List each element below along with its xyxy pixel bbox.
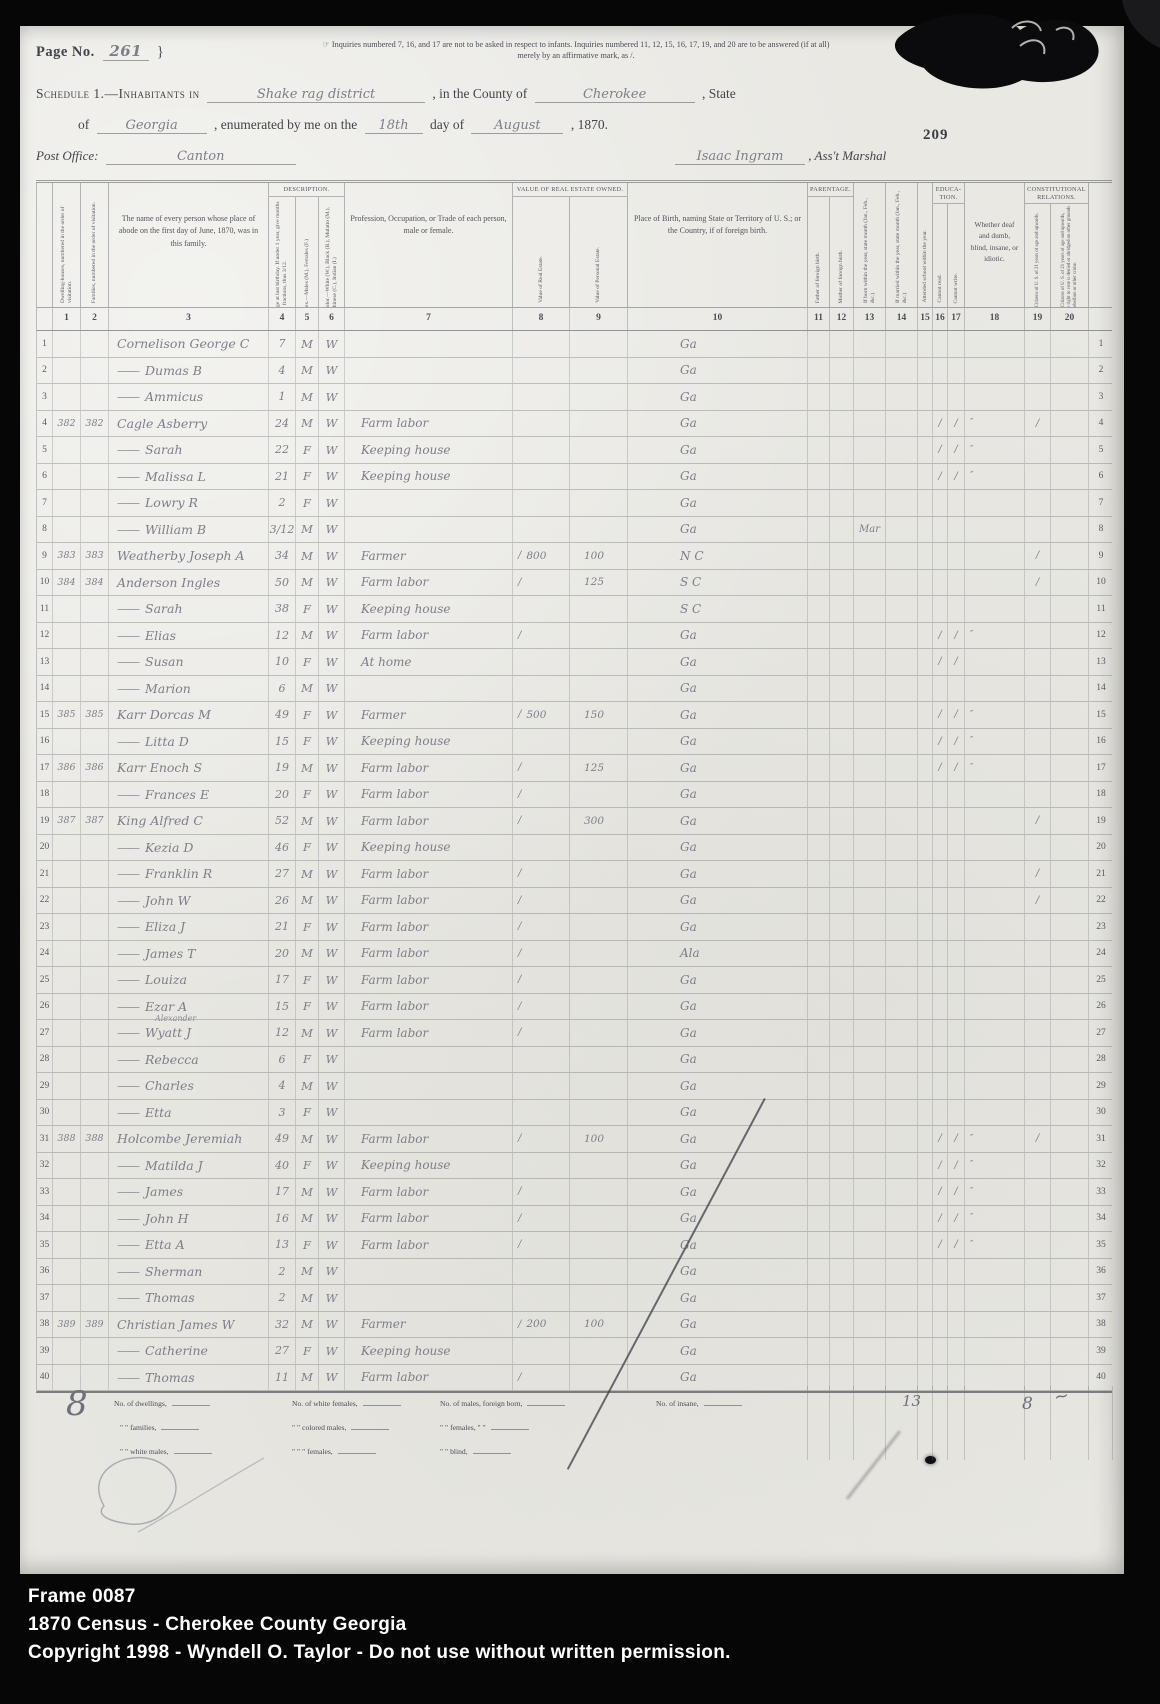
month-born-value bbox=[854, 1047, 886, 1073]
attended-school-cell bbox=[918, 1100, 933, 1126]
column-number-row: 1234567891011121314151617181920 bbox=[36, 308, 1112, 331]
summary-insane: No. of insane, bbox=[656, 1398, 742, 1408]
month-born-value bbox=[854, 1206, 886, 1232]
occupation-value: Keeping house bbox=[345, 464, 513, 490]
color-value: W bbox=[319, 649, 345, 675]
table-row: 28 ——Rebecca 6 F W Ga 28 bbox=[37, 1047, 1112, 1074]
personal-estate-value bbox=[570, 861, 628, 887]
father-foreign-cell bbox=[808, 967, 830, 993]
color-value: W bbox=[319, 411, 345, 437]
real-estate-value bbox=[513, 1047, 570, 1073]
page-no-label: Page No. bbox=[36, 44, 95, 60]
age-value: 27 bbox=[269, 1338, 296, 1364]
sex-value: F bbox=[296, 967, 319, 993]
age-value: 6 bbox=[269, 1047, 296, 1073]
table-row: 16 ——Litta D 15 F W Keeping house Ga / /… bbox=[37, 729, 1112, 756]
male-citizen-mark: / bbox=[1025, 888, 1051, 914]
birthplace-value: Ga bbox=[628, 1312, 808, 1338]
father-foreign-cell bbox=[808, 914, 830, 940]
row-number-left: 21 bbox=[37, 861, 53, 887]
month-married-cell bbox=[886, 994, 918, 1020]
disabilities-cell bbox=[965, 1312, 1025, 1338]
person-name: ——Dumas B bbox=[109, 358, 269, 384]
cannot-write-mark bbox=[948, 888, 965, 914]
cannot-read-mark bbox=[933, 1073, 948, 1099]
cannot-read-mark bbox=[933, 331, 948, 357]
male-citizen-mark bbox=[1025, 1179, 1051, 1205]
row-number-left: 22 bbox=[37, 888, 53, 914]
age-value: 15 bbox=[269, 729, 296, 755]
district-handwritten: Shake rag district bbox=[207, 87, 425, 103]
column-number: 20 bbox=[1051, 308, 1089, 330]
birthplace-value: S C bbox=[628, 596, 808, 622]
month-married-cell bbox=[886, 543, 918, 569]
age-value: 40 bbox=[269, 1153, 296, 1179]
family-number bbox=[81, 1285, 109, 1311]
county-of-label: , in the County of bbox=[432, 86, 527, 101]
sex-value: M bbox=[296, 1312, 319, 1338]
disabilities-cell bbox=[965, 1073, 1025, 1099]
father-foreign-cell bbox=[808, 570, 830, 596]
col-header-dwellings: Dwelling-houses, numbered in the order o… bbox=[53, 183, 81, 307]
male-citizen-mark bbox=[1025, 596, 1051, 622]
male-citizen-mark bbox=[1025, 967, 1051, 993]
summary-handwritten-flourish: ~ bbox=[1052, 1385, 1071, 1409]
person-name: ——Charles bbox=[109, 1073, 269, 1099]
vote-denied-cell bbox=[1051, 490, 1089, 516]
caption-frame: Frame 0087 bbox=[28, 1586, 136, 1608]
state-label: , State bbox=[702, 86, 736, 101]
male-citizen-mark: / bbox=[1025, 411, 1051, 437]
personal-estate-value bbox=[570, 729, 628, 755]
row-number-right: 38 bbox=[1089, 1312, 1113, 1338]
cannot-read-mark bbox=[933, 1259, 948, 1285]
attended-school-cell bbox=[918, 1179, 933, 1205]
real-estate-value bbox=[513, 596, 570, 622]
age-value: 20 bbox=[269, 941, 296, 967]
cannot-write-mark bbox=[948, 941, 965, 967]
male-citizen-mark bbox=[1025, 1338, 1051, 1364]
summary-handwritten-8-left: 8 bbox=[66, 1384, 88, 1424]
pen-flourish-scribble bbox=[68, 1440, 278, 1570]
row-number-left: 14 bbox=[37, 676, 53, 702]
summary-colored-males: ″ ″ colored males, bbox=[292, 1422, 389, 1432]
cannot-write-mark bbox=[948, 676, 965, 702]
summary-column-rule bbox=[964, 1386, 965, 1460]
occupation-value bbox=[345, 384, 513, 410]
page-stamp-number: 209 bbox=[923, 127, 949, 144]
age-value: 12 bbox=[269, 1020, 296, 1046]
summary-column-rule bbox=[853, 1386, 854, 1460]
vote-denied-cell bbox=[1051, 1206, 1089, 1232]
father-foreign-cell bbox=[808, 384, 830, 410]
vote-denied-cell bbox=[1051, 1232, 1089, 1258]
sex-value: F bbox=[296, 994, 319, 1020]
occupation-value: Keeping house bbox=[345, 835, 513, 861]
family-number bbox=[81, 1206, 109, 1232]
state-handwritten: Georgia bbox=[97, 118, 207, 134]
person-name: ——Catherine bbox=[109, 1338, 269, 1364]
row-number-left: 9 bbox=[37, 543, 53, 569]
year-label: , 1870. bbox=[571, 117, 608, 132]
month-married-cell bbox=[886, 861, 918, 887]
birthplace-value: Ga bbox=[628, 835, 808, 861]
real-estate-value bbox=[513, 490, 570, 516]
col-header-male-citizens: Male Citizens of U. S. of 21 years of ag… bbox=[1025, 204, 1051, 307]
row-number-right: 29 bbox=[1089, 1073, 1113, 1099]
attended-school-cell bbox=[918, 596, 933, 622]
dwelling-number bbox=[53, 1179, 81, 1205]
vote-denied-cell bbox=[1051, 543, 1089, 569]
attended-school-cell bbox=[918, 411, 933, 437]
cannot-write-mark bbox=[948, 1338, 965, 1364]
dwelling-number: 387 bbox=[53, 808, 81, 834]
age-value: 19 bbox=[269, 755, 296, 781]
father-foreign-cell bbox=[808, 437, 830, 463]
person-name: Christian James W bbox=[109, 1312, 269, 1338]
inquiries-note: ☞ Inquiries numbered 7, 16, and 17 are n… bbox=[220, 39, 932, 62]
cannot-read-mark bbox=[933, 1047, 948, 1073]
dwelling-number bbox=[53, 676, 81, 702]
person-name: ——Kezia D bbox=[109, 835, 269, 861]
attended-school-cell bbox=[918, 490, 933, 516]
cannot-read-mark: / bbox=[933, 1126, 948, 1152]
cannot-read-mark: / bbox=[933, 729, 948, 755]
month-born-value bbox=[854, 1126, 886, 1152]
person-name: King Alfred C bbox=[109, 808, 269, 834]
month-married-cell bbox=[886, 1153, 918, 1179]
cannot-read-mark: / bbox=[933, 702, 948, 728]
father-foreign-cell bbox=[808, 755, 830, 781]
age-value: 10 bbox=[269, 649, 296, 675]
male-citizen-mark: / bbox=[1025, 808, 1051, 834]
male-citizen-mark bbox=[1025, 994, 1051, 1020]
vote-denied-cell bbox=[1051, 835, 1089, 861]
table-row: 34 ——John H 16 M W Farm labor / Ga / / ″… bbox=[37, 1206, 1112, 1233]
birthplace-value: Ga bbox=[628, 1100, 808, 1126]
vote-denied-cell bbox=[1051, 967, 1089, 993]
row-number-right: 4 bbox=[1089, 411, 1113, 437]
row-number-right: 35 bbox=[1089, 1232, 1113, 1258]
occupation-value: Farm labor bbox=[345, 623, 513, 649]
male-citizen-mark bbox=[1025, 676, 1051, 702]
personal-estate-value: 100 bbox=[570, 1126, 628, 1152]
vote-denied-cell bbox=[1051, 358, 1089, 384]
sex-value: M bbox=[296, 1020, 319, 1046]
person-name: ——Franklin R bbox=[109, 861, 269, 887]
row-number-right: 6 bbox=[1089, 464, 1113, 490]
summary-white-females: No. of white females, bbox=[292, 1398, 401, 1408]
row-number-left: 35 bbox=[37, 1232, 53, 1258]
occupation-value: Farm labor bbox=[345, 888, 513, 914]
month-born-value bbox=[854, 702, 886, 728]
row-number-right: 28 bbox=[1089, 1047, 1113, 1073]
col-header-real-estate-value: Value of Real Estate. bbox=[513, 197, 570, 307]
birthplace-value: N C bbox=[628, 543, 808, 569]
row-number-left: 7 bbox=[37, 490, 53, 516]
cannot-write-mark: / bbox=[948, 1206, 965, 1232]
person-name: ——Matilda J bbox=[109, 1153, 269, 1179]
table-row: 38 389 389 Christian James W 32 M W Farm… bbox=[37, 1312, 1112, 1339]
caption-copyright: Copyright 1998 - Wyndell O. Taylor - Do … bbox=[28, 1642, 731, 1664]
age-value: 4 bbox=[269, 1073, 296, 1099]
personal-estate-value bbox=[570, 835, 628, 861]
mother-foreign-cell bbox=[830, 994, 854, 1020]
male-citizen-mark bbox=[1025, 729, 1051, 755]
table-header-row: Dwelling-houses, numbered in the order o… bbox=[36, 183, 1112, 308]
inquiries-note-line2: merely by an affirmative mark, as /. bbox=[220, 50, 932, 61]
month-born-value bbox=[854, 331, 886, 357]
real-estate-value: / bbox=[513, 914, 570, 940]
column-number bbox=[1089, 308, 1113, 330]
age-value: 34 bbox=[269, 543, 296, 569]
sex-value: M bbox=[296, 676, 319, 702]
occupation-value: Farmer bbox=[345, 1312, 513, 1338]
table-row: 17 386 386 Karr Enoch S 19 M W Farm labo… bbox=[37, 755, 1112, 782]
color-value: W bbox=[319, 888, 345, 914]
real-estate-value bbox=[513, 1153, 570, 1179]
birthplace-value: Ga bbox=[628, 1020, 808, 1046]
row-number-right: 32 bbox=[1089, 1153, 1113, 1179]
vote-denied-cell bbox=[1051, 1047, 1089, 1073]
color-value: W bbox=[319, 994, 345, 1020]
table-row: 21 ——Franklin R 27 M W Farm labor / Ga /… bbox=[37, 861, 1112, 888]
cannot-write-mark bbox=[948, 1047, 965, 1073]
row-number-left: 38 bbox=[37, 1312, 53, 1338]
color-value: W bbox=[319, 1047, 345, 1073]
month-born-value bbox=[854, 729, 886, 755]
table-row: 1 Cornelison George C 7 M W Ga 1 bbox=[37, 331, 1112, 358]
occupation-value: Farmer bbox=[345, 543, 513, 569]
col-header-month-married: If married within the year, state month … bbox=[886, 183, 918, 307]
column-number: 4 bbox=[269, 308, 296, 330]
cannot-write-mark: / bbox=[948, 411, 965, 437]
col-header-age: Age at last birthday. If under 1 year, g… bbox=[269, 197, 296, 307]
vote-denied-cell bbox=[1051, 808, 1089, 834]
person-name: ——James T bbox=[109, 941, 269, 967]
birthplace-value: Ga bbox=[628, 623, 808, 649]
attended-school-cell bbox=[918, 464, 933, 490]
attended-school-cell bbox=[918, 755, 933, 781]
mother-foreign-cell bbox=[830, 1206, 854, 1232]
summary-column-rule bbox=[1024, 1386, 1025, 1460]
sex-value: M bbox=[296, 1179, 319, 1205]
occupation-value: Farm labor bbox=[345, 755, 513, 781]
row-number-right: 37 bbox=[1089, 1285, 1113, 1311]
row-number-right: 17 bbox=[1089, 755, 1113, 781]
sex-value: F bbox=[296, 1232, 319, 1258]
occupation-value: Farm labor bbox=[345, 1206, 513, 1232]
cannot-read-mark: / bbox=[933, 1206, 948, 1232]
summary-column-rule bbox=[807, 1386, 808, 1460]
age-value: 17 bbox=[269, 1179, 296, 1205]
male-citizen-mark bbox=[1025, 782, 1051, 808]
column-number: 5 bbox=[296, 308, 319, 330]
mother-foreign-cell bbox=[830, 1285, 854, 1311]
row-number-right: 39 bbox=[1089, 1338, 1113, 1364]
person-name: Anderson Ingles bbox=[109, 570, 269, 596]
personal-estate-value bbox=[570, 411, 628, 437]
color-value: W bbox=[319, 729, 345, 755]
cannot-write-mark bbox=[948, 358, 965, 384]
disabilities-cell bbox=[965, 941, 1025, 967]
summary-males-foreign: No. of males, foreign born, bbox=[440, 1398, 565, 1408]
dwelling-number: 386 bbox=[53, 755, 81, 781]
attended-school-cell bbox=[918, 808, 933, 834]
disabilities-cell: ″ bbox=[965, 755, 1025, 781]
month-married-cell bbox=[886, 517, 918, 543]
month-born-value bbox=[854, 623, 886, 649]
age-value: 2 bbox=[269, 1285, 296, 1311]
real-estate-value: /500 bbox=[513, 702, 570, 728]
month-married-cell bbox=[886, 1259, 918, 1285]
mother-foreign-cell bbox=[830, 384, 854, 410]
month-married-cell bbox=[886, 1232, 918, 1258]
attended-school-cell bbox=[918, 623, 933, 649]
month-born-value bbox=[854, 358, 886, 384]
attended-school-cell bbox=[918, 331, 933, 357]
table-row: 4 382 382 Cagle Asberry 24 M W Farm labo… bbox=[37, 411, 1112, 438]
post-office-label: Post Office: bbox=[36, 148, 98, 163]
disabilities-cell: ″ bbox=[965, 437, 1025, 463]
summary-dwellings: No. of dwellings, bbox=[114, 1398, 210, 1408]
person-name: Karr Enoch S bbox=[109, 755, 269, 781]
birthplace-value: Ga bbox=[628, 861, 808, 887]
column-number: 8 bbox=[513, 308, 570, 330]
row-number-left: 39 bbox=[37, 1338, 53, 1364]
dwelling-number bbox=[53, 729, 81, 755]
mother-foreign-cell bbox=[830, 861, 854, 887]
dwelling-number bbox=[53, 1206, 81, 1232]
color-value: W bbox=[319, 782, 345, 808]
row-number-right: 33 bbox=[1089, 1179, 1113, 1205]
month-married-cell bbox=[886, 676, 918, 702]
real-estate-value: / bbox=[513, 570, 570, 596]
sex-value: F bbox=[296, 729, 319, 755]
row-number-left: 24 bbox=[37, 941, 53, 967]
cannot-write-mark: / bbox=[948, 729, 965, 755]
father-foreign-cell bbox=[808, 1100, 830, 1126]
cannot-write-mark bbox=[948, 570, 965, 596]
disabilities-cell bbox=[965, 1047, 1025, 1073]
father-foreign-cell bbox=[808, 1020, 830, 1046]
table-row: 19 387 387 King Alfred C 52 M W Farm lab… bbox=[37, 808, 1112, 835]
personal-estate-value: 150 bbox=[570, 702, 628, 728]
col-header-birthplace: Place of Birth, naming State or Territor… bbox=[628, 183, 808, 307]
month-born-value bbox=[854, 1073, 886, 1099]
male-citizen-mark bbox=[1025, 1100, 1051, 1126]
father-foreign-cell bbox=[808, 1073, 830, 1099]
color-value: W bbox=[319, 358, 345, 384]
cannot-write-mark: / bbox=[948, 1179, 965, 1205]
family-number bbox=[81, 358, 109, 384]
month-married-cell bbox=[886, 1100, 918, 1126]
day-of-label: day of bbox=[430, 117, 464, 132]
real-estate-value: / bbox=[513, 994, 570, 1020]
row-number-left: 29 bbox=[37, 1073, 53, 1099]
real-estate-value: / bbox=[513, 1206, 570, 1232]
family-number bbox=[81, 1100, 109, 1126]
row-number-left: 5 bbox=[37, 437, 53, 463]
row-number-right: 14 bbox=[1089, 676, 1113, 702]
dwelling-number bbox=[53, 331, 81, 357]
mother-foreign-cell bbox=[830, 649, 854, 675]
person-name: Alexander——Wyatt J bbox=[109, 1020, 269, 1046]
month-married-cell bbox=[886, 331, 918, 357]
dwelling-number: 388 bbox=[53, 1126, 81, 1152]
age-value: 3 bbox=[269, 1100, 296, 1126]
month-born-value bbox=[854, 808, 886, 834]
group-header-description: Description. Age at last birthday. If un… bbox=[269, 183, 345, 307]
father-foreign-cell bbox=[808, 543, 830, 569]
birthplace-value: Ga bbox=[628, 1206, 808, 1232]
occupation-value: Farmer bbox=[345, 702, 513, 728]
dwelling-number bbox=[53, 1100, 81, 1126]
person-name: ——Etta bbox=[109, 1100, 269, 1126]
male-citizen-mark bbox=[1025, 1285, 1051, 1311]
column-number: 19 bbox=[1025, 308, 1051, 330]
mother-foreign-cell bbox=[830, 676, 854, 702]
sex-value: M bbox=[296, 411, 319, 437]
personal-estate-value: 100 bbox=[570, 1312, 628, 1338]
group-header-constitutional: Constitutional Relations. Male Citizens … bbox=[1025, 183, 1089, 307]
occupation-value: Farm labor bbox=[345, 967, 513, 993]
birthplace-value: Ga bbox=[628, 729, 808, 755]
attended-school-cell bbox=[918, 914, 933, 940]
disabilities-cell bbox=[965, 994, 1025, 1020]
family-number bbox=[81, 1259, 109, 1285]
color-value: W bbox=[319, 755, 345, 781]
table-body: 1 Cornelison George C 7 M W Ga 1 2 bbox=[36, 331, 1112, 1393]
person-name: ——Sherman bbox=[109, 1259, 269, 1285]
month-married-cell bbox=[886, 623, 918, 649]
bracket-glyph: } bbox=[157, 44, 165, 60]
vote-denied-cell bbox=[1051, 517, 1089, 543]
table-row: 11 ——Sarah 38 F W Keeping house S C 11 bbox=[37, 596, 1112, 623]
marshal-name-handwritten: Isaac Ingram bbox=[675, 149, 805, 165]
month-married-cell bbox=[886, 702, 918, 728]
col-header-color: Color.—White (W.), Black (B.), Mulatto (… bbox=[319, 197, 344, 307]
table-row: 23 ——Eliza J 21 F W Farm labor / Ga 23 bbox=[37, 914, 1112, 941]
real-estate-value bbox=[513, 1285, 570, 1311]
color-value: W bbox=[319, 702, 345, 728]
row-number-right: 5 bbox=[1089, 437, 1113, 463]
month-married-cell bbox=[886, 1047, 918, 1073]
male-citizen-mark bbox=[1025, 384, 1051, 410]
row-number-left: 28 bbox=[37, 1047, 53, 1073]
father-foreign-cell bbox=[808, 941, 830, 967]
table-row: 20 ——Kezia D 46 F W Keeping house Ga 20 bbox=[37, 835, 1112, 862]
cannot-read-mark bbox=[933, 1312, 948, 1338]
age-value: 2 bbox=[269, 1259, 296, 1285]
birthplace-value: Ga bbox=[628, 1153, 808, 1179]
month-married-cell bbox=[886, 649, 918, 675]
family-number bbox=[81, 782, 109, 808]
family-number bbox=[81, 1073, 109, 1099]
cannot-read-mark bbox=[933, 808, 948, 834]
real-estate-value bbox=[513, 437, 570, 463]
family-number bbox=[81, 331, 109, 357]
dwelling-number bbox=[53, 914, 81, 940]
cannot-read-mark bbox=[933, 543, 948, 569]
father-foreign-cell bbox=[808, 861, 830, 887]
age-value: 24 bbox=[269, 411, 296, 437]
cannot-read-mark bbox=[933, 490, 948, 516]
age-value: 16 bbox=[269, 1206, 296, 1232]
color-value: W bbox=[319, 517, 345, 543]
personal-estate-value bbox=[570, 1179, 628, 1205]
table-row: 6 ——Malissa L 21 F W Keeping house Ga / … bbox=[37, 464, 1112, 491]
